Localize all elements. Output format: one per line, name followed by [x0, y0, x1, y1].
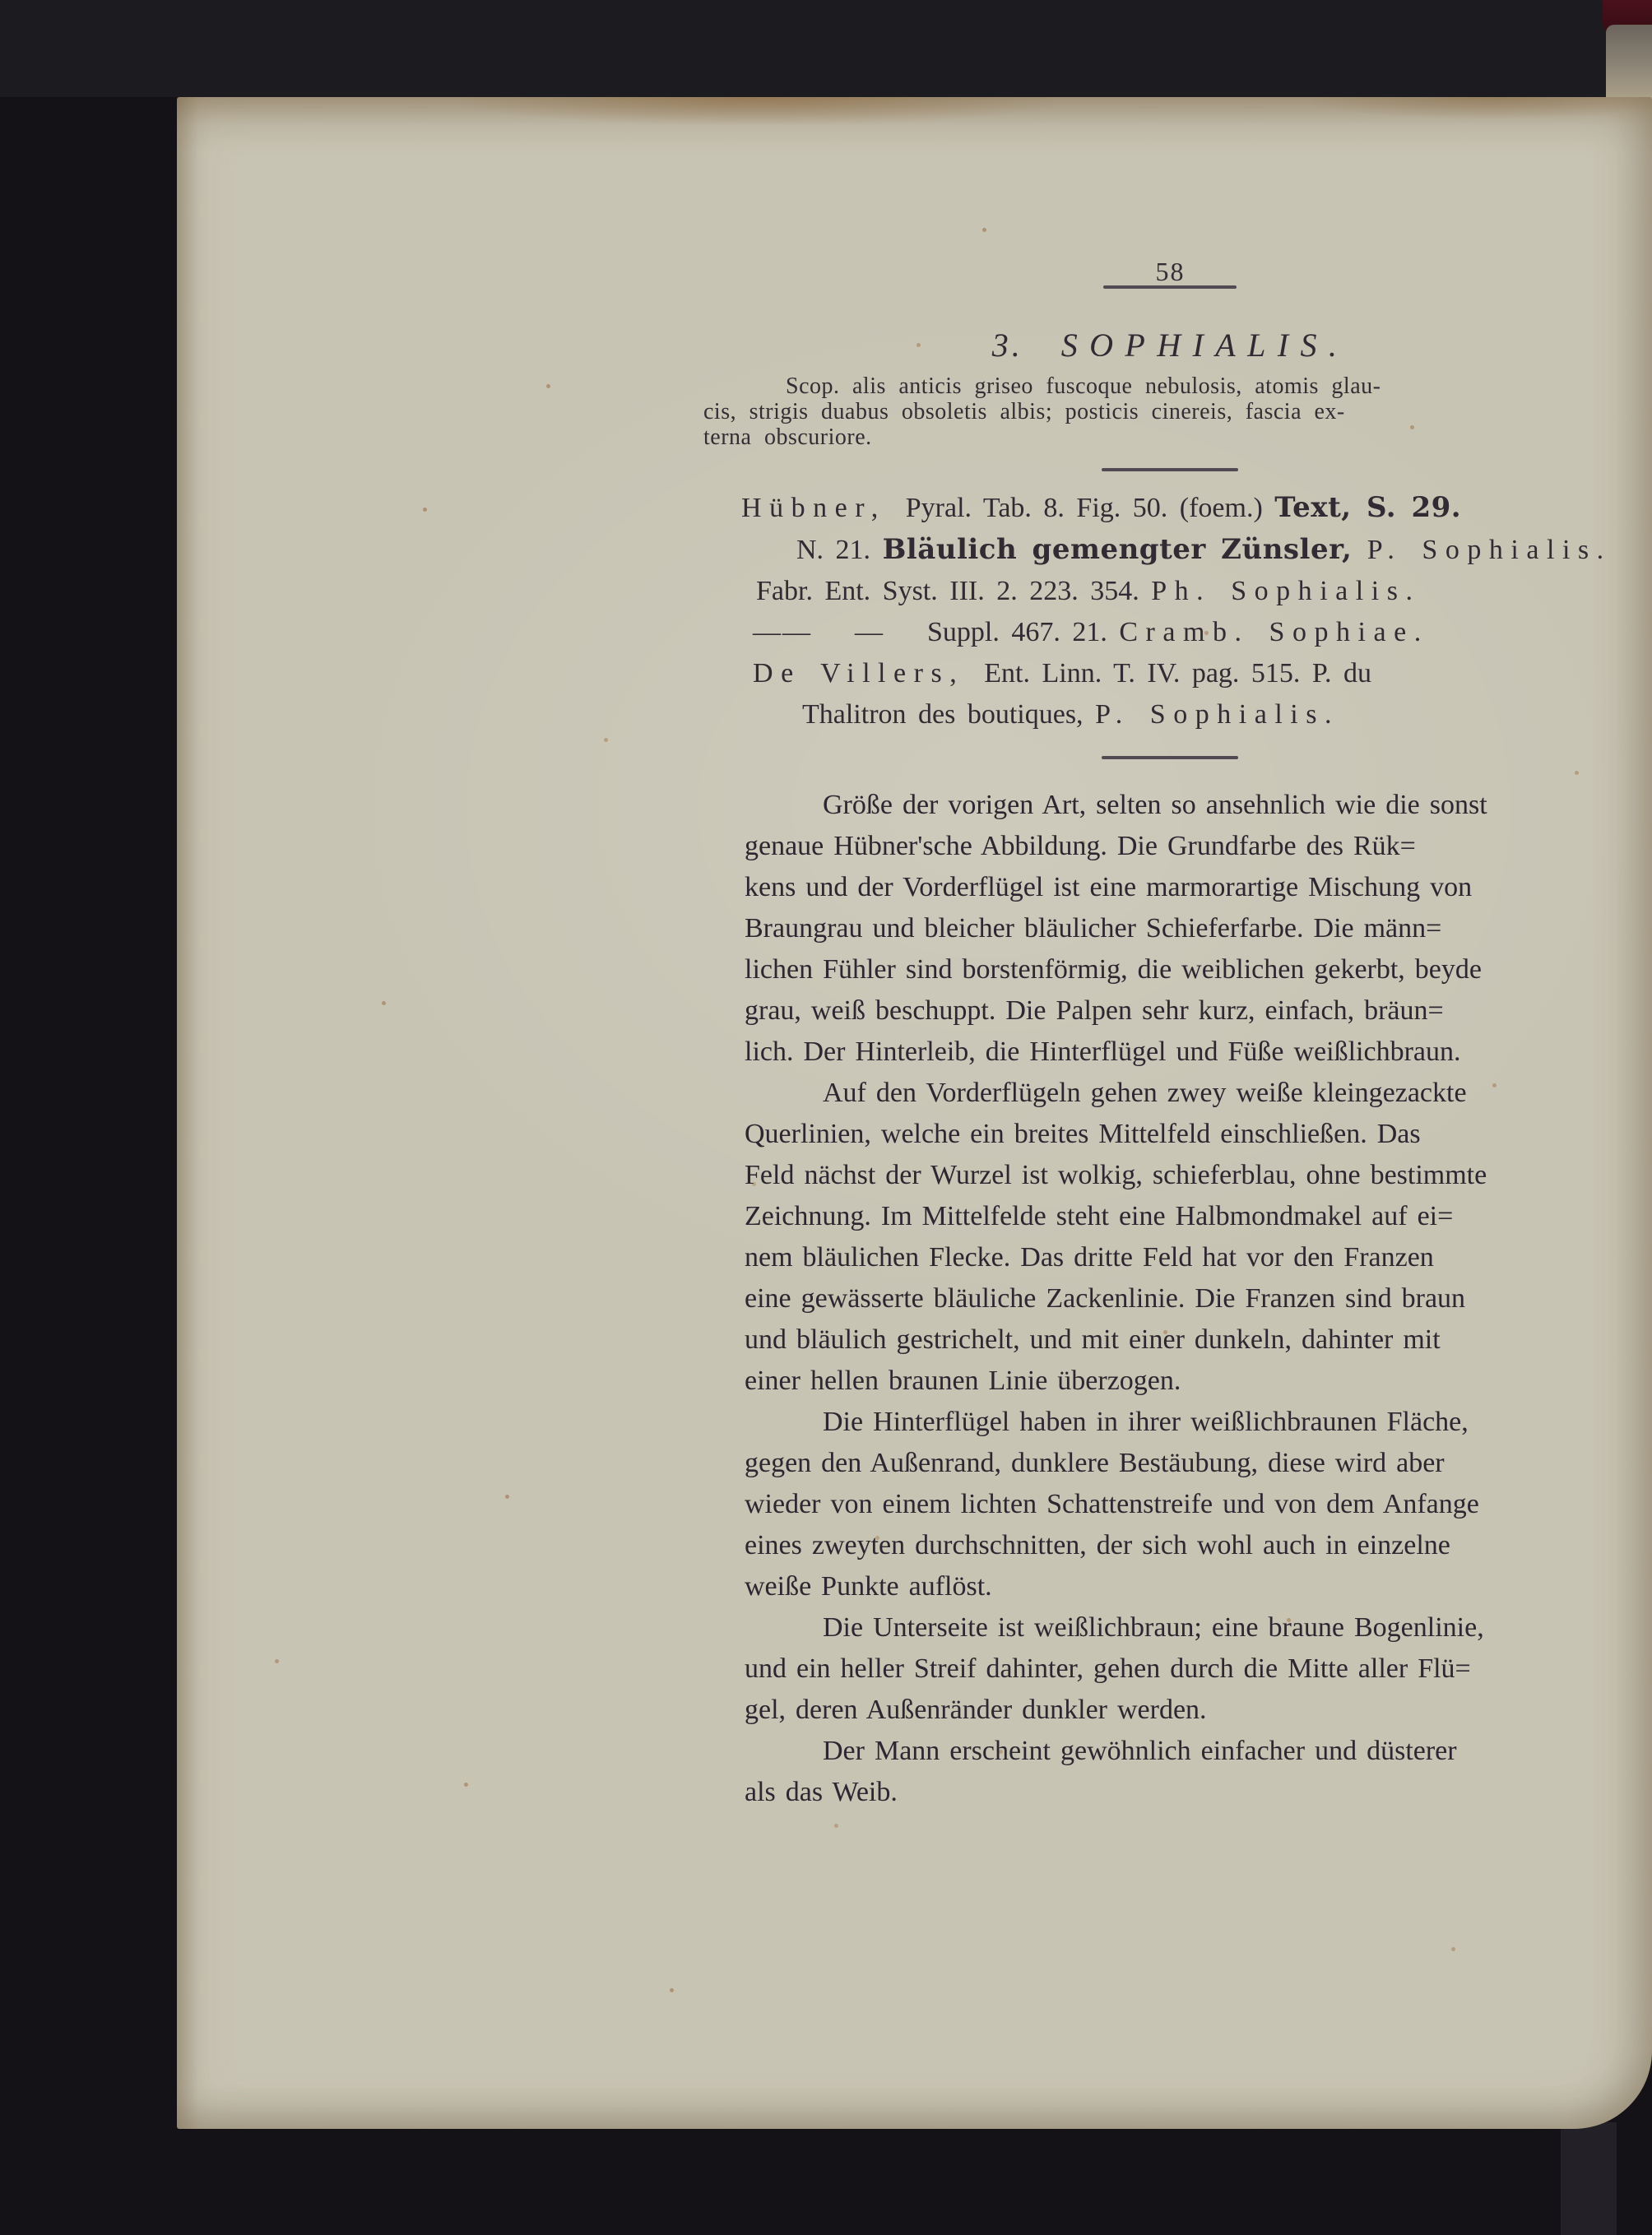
- cover-strip-bottom-right: [1561, 2122, 1617, 2235]
- reference-segment: P. Sophialis.: [1095, 699, 1339, 730]
- reference-line: N. 21. Bläulich gemengter Zünsler, P. So…: [796, 529, 1652, 571]
- reference-segment: Thalitron des boutiques,: [802, 699, 1095, 730]
- book-page: 58 3.SOPHIALIS. Scop. alis anticis grise…: [177, 97, 1652, 2129]
- body-line: einer hellen braunen Linie überzogen.: [745, 1361, 1652, 1402]
- body-line: und bläulich gestrichelt, und mit einer …: [745, 1319, 1652, 1361]
- reference-line: Fabr. Ent. Syst. III. 2. 223. 354. Ph. S…: [756, 571, 1652, 612]
- body-line: Auf den Vorderflügeln gehen zwey weiße k…: [745, 1073, 1652, 1114]
- reference-segment: Pyral. Tab. 8. Fig. 50. (foem.): [906, 493, 1275, 523]
- reference-segment: Fabr. Ent. Syst. III. 2. 223. 354.: [756, 576, 1151, 606]
- body-line: grau, weiß beschuppt. Die Palpen sehr ku…: [745, 990, 1652, 1032]
- reference-segment: Ph. Sophialis.: [1151, 576, 1420, 606]
- body-paragraph: Die Unterseite ist weißlichbraun; eine b…: [745, 1607, 1652, 1731]
- reference-segment: —: [855, 617, 884, 647]
- page-block-fore-edge: [1606, 25, 1652, 100]
- reference-segment: ——: [753, 617, 812, 647]
- body-line: Braungrau und bleicher bläulicher Schief…: [745, 908, 1652, 949]
- body-line: weiße Punkte auflöst.: [745, 1566, 1652, 1607]
- body-line: lich. Der Hinterleib, die Hinterflügel u…: [745, 1032, 1652, 1073]
- reference-segment: P. Sophialis.: [1367, 535, 1612, 565]
- species-number: 3.: [992, 327, 1023, 364]
- reference-line: Hübner, Pyral. Tab. 8. Fig. 50. (foem.) …: [741, 487, 1652, 529]
- species-heading: 3.SOPHIALIS.: [703, 326, 1637, 364]
- body-line: lichen Fühler sind borstenförmig, die we…: [745, 949, 1652, 990]
- reference-segment: Bläulich gemengter Zünsler,: [883, 533, 1367, 566]
- reference-line: ———Suppl. 467. 21. Cramb. Sophiae.: [753, 612, 1652, 653]
- body-paragraph: Größe der vorigen Art, selten so ansehnl…: [745, 785, 1652, 1073]
- body-line: Feld nächst der Wurzel ist wolkig, schie…: [745, 1155, 1652, 1196]
- latin-line: terna obscuriore.: [703, 424, 1652, 450]
- body-line: Die Hinterflügel haben in ihrer weißlich…: [745, 1402, 1652, 1443]
- reference-segment: Text, S. 29.: [1274, 491, 1461, 524]
- reference-line: Thalitron des boutiques, P. Sophialis.: [802, 694, 1652, 735]
- body-paragraph: Der Mann erscheint gewöhnlich einfacher …: [745, 1731, 1652, 1813]
- body-line: eine gewässerte bläuliche Zackenlinie. D…: [745, 1278, 1652, 1319]
- body-line: als das Weib.: [745, 1772, 1652, 1813]
- reference-line: De Villers, Ent. Linn. T. IV. pag. 515. …: [753, 653, 1652, 694]
- species-name: SOPHIALIS.: [1061, 327, 1349, 364]
- body-line: Querlinien, welche ein breites Mittelfel…: [745, 1114, 1652, 1155]
- latin-line: Scop. alis anticis griseo fuscoque nebul…: [703, 373, 1652, 399]
- body-line: wieder von einem lichten Schattenstreife…: [745, 1484, 1652, 1525]
- reference-segment: De Villers,: [753, 658, 984, 689]
- description-text: Größe der vorigen Art, selten so ansehnl…: [745, 785, 1652, 1813]
- body-line: genaue Hübner'sche Abbildung. Die Grundf…: [745, 826, 1652, 867]
- reference-segment: Suppl. 467. 21.: [927, 617, 1119, 647]
- body-paragraph: Die Hinterflügel haben in ihrer weißlich…: [745, 1402, 1652, 1607]
- divider-rule: [1102, 468, 1238, 471]
- body-line: gegen den Außenrand, dunklere Bestäubung…: [745, 1443, 1652, 1484]
- body-line: Zeichnung. Im Mittelfelde steht eine Hal…: [745, 1196, 1652, 1237]
- reference-segment: Hübner,: [741, 493, 906, 523]
- paper-specks: [177, 97, 179, 100]
- body-line: nem bläulichen Flecke. Das dritte Feld h…: [745, 1237, 1652, 1278]
- latin-line: cis, strigis duabus obsoletis albis; pos…: [703, 399, 1652, 424]
- page-number: 58: [745, 257, 1596, 287]
- paper-stain: [1312, 97, 1652, 118]
- latin-diagnosis: Scop. alis anticis griseo fuscoque nebul…: [703, 373, 1652, 450]
- body-paragraph: Auf den Vorderflügeln gehen zwey weiße k…: [745, 1073, 1652, 1402]
- page-number-rule: [1103, 285, 1237, 289]
- body-line: Größe der vorigen Art, selten so ansehnl…: [745, 785, 1652, 826]
- body-line: Der Mann erscheint gewöhnlich einfacher …: [745, 1731, 1652, 1772]
- paper-stain: [461, 97, 1053, 125]
- body-line: Die Unterseite ist weißlichbraun; eine b…: [745, 1607, 1652, 1648]
- reference-segment: Cramb. Sophiae.: [1119, 617, 1428, 647]
- references-list: Hübner, Pyral. Tab. 8. Fig. 50. (foem.) …: [741, 487, 1652, 735]
- body-line: gel, deren Außenränder dunkler werden.: [745, 1690, 1652, 1731]
- divider-rule: [1102, 756, 1238, 759]
- body-line: eines zweyten durchschnitten, der sich w…: [745, 1525, 1652, 1566]
- body-line: und ein heller Streif dahinter, gehen du…: [745, 1648, 1652, 1690]
- reference-segment: Ent. Linn. T. IV. pag. 515. P. du: [984, 658, 1371, 689]
- cover-top-band: [0, 0, 1652, 97]
- book-scan-background: 58 3.SOPHIALIS. Scop. alis anticis grise…: [0, 0, 1652, 2235]
- reference-segment: N. 21.: [796, 535, 883, 565]
- body-line: kens und der Vorderflügel ist eine marmo…: [745, 867, 1652, 908]
